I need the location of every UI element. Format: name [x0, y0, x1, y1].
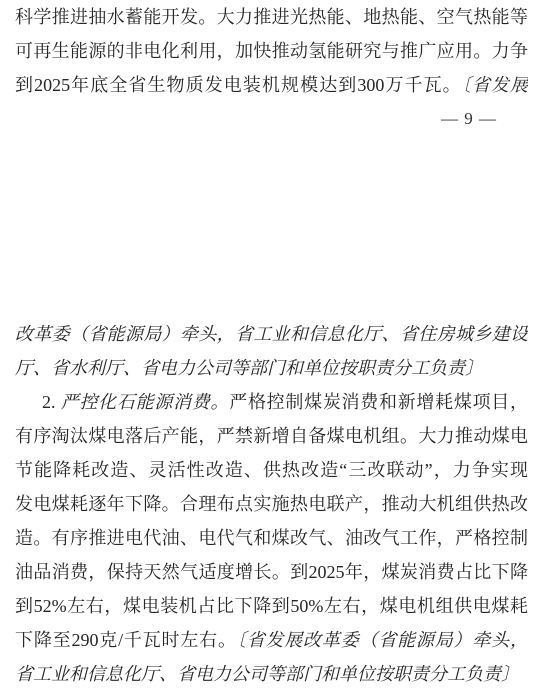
body-text-segment: 油品消费，保持天然气适度增长。到2025年，煤炭消费占比下降: [15, 562, 528, 582]
text-line: 科学推进抽水蓄能开发。大力推进光热能、地热能、空气热能等: [15, 0, 528, 34]
item-number: 2.: [42, 392, 61, 412]
text-line: 造。有序推进电代油、电代气和煤改气、油改气工作，严格控制: [15, 521, 528, 555]
text-line: 节能降耗改造、灵活性改造、供热改造“三改联动”，力争实现: [15, 453, 528, 487]
attribution-text-segment: 改革委（省能源局）牵头，省工业和信息化厅、省住房城乡建设: [15, 324, 528, 344]
text-line: 有序淘汰煤电落后产能，严禁新增自备煤电机组。大力推动煤电: [15, 419, 528, 453]
item-title: 严控化石能源消费。: [61, 392, 229, 412]
text-line: 下降至290克/千瓦时左右。〔省发展改革委（省能源局）牵头，: [15, 623, 528, 657]
body-text-segment: 发电煤耗逐年下降。合理布点实施热电联产，推动大机组供热改: [15, 494, 528, 514]
text-line: 发电煤耗逐年下降。合理布点实施热电联产，推动大机组供热改: [15, 487, 528, 521]
body-text-segment: 科学推进抽水蓄能开发。大力推进光热能、地热能、空气热能等: [15, 7, 528, 27]
text-line: 可再生能源的非电化利用，加快推动氢能研究与推广应用。力争: [15, 34, 528, 68]
attribution-text-segment: 厅、省水利厅、省电力公司等部门和单位按职责分工负责〕: [15, 358, 483, 378]
page-9-fragment: 科学推进抽水蓄能开发。大力推进光热能、地热能、空气热能等 可再生能源的非电化利用…: [15, 0, 528, 131]
body-text-segment: 节能降耗改造、灵活性改造、供热改造“三改联动”，力争实现: [15, 460, 528, 480]
text-line: 到2025年底全省生物质发电装机规模达到300万千瓦。〔省发展: [15, 68, 528, 102]
text-line: 到52%左右，煤电装机占比下降到50%左右，煤电机组供电煤耗: [15, 589, 528, 623]
body-text-segment: 到52%左右，煤电装机占比下降到50%左右，煤电机组供电煤耗: [15, 596, 528, 616]
attribution-text-segment: 〔省发展改革委（省能源局）牵头，: [237, 630, 528, 650]
text-line: 厅、省水利厅、省电力公司等部门和单位按职责分工负责〕: [15, 351, 528, 385]
page-10-fragment: 改革委（省能源局）牵头，省工业和信息化厅、省住房城乡建设 厅、省水利厅、省电力公…: [15, 317, 528, 690]
body-text-segment: 严格控制煤炭消费和新增耗煤项目，: [229, 392, 528, 412]
body-text-segment: 可再生能源的非电化利用，加快推动氢能研究与推广应用。力争: [15, 41, 528, 61]
body-text-segment: 下降至290克/千瓦时左右。: [15, 630, 237, 650]
body-text-segment: 到2025年底全省生物质发电装机规模达到300万千瓦。: [15, 75, 462, 95]
text-line: 省工业和信息化厅、省电力公司等部门和单位按职责分工负责〕: [15, 657, 528, 690]
text-line: 油品消费，保持天然气适度增长。到2025年，煤炭消费占比下降: [15, 555, 528, 589]
body-text-segment: 有序淘汰煤电落后产能，严禁新增自备煤电机组。大力推动煤电: [15, 426, 528, 446]
attribution-text-segment: 省工业和信息化厅、省电力公司等部门和单位按职责分工负责〕: [15, 664, 519, 684]
attribution-text-segment: 〔省发展: [462, 75, 528, 95]
text-line: 2. 严控化石能源消费。严格控制煤炭消费和新增耗煤项目，: [15, 385, 528, 419]
document-page-view: 科学推进抽水蓄能开发。大力推进光热能、地热能、空气热能等 可再生能源的非电化利用…: [0, 0, 543, 690]
body-text-segment: 造。有序推进电代油、电代气和煤改气、油改气工作，严格控制: [15, 528, 528, 548]
page-number: — 9 —: [15, 107, 528, 131]
text-line: 改革委（省能源局）牵头，省工业和信息化厅、省住房城乡建设: [15, 317, 528, 351]
